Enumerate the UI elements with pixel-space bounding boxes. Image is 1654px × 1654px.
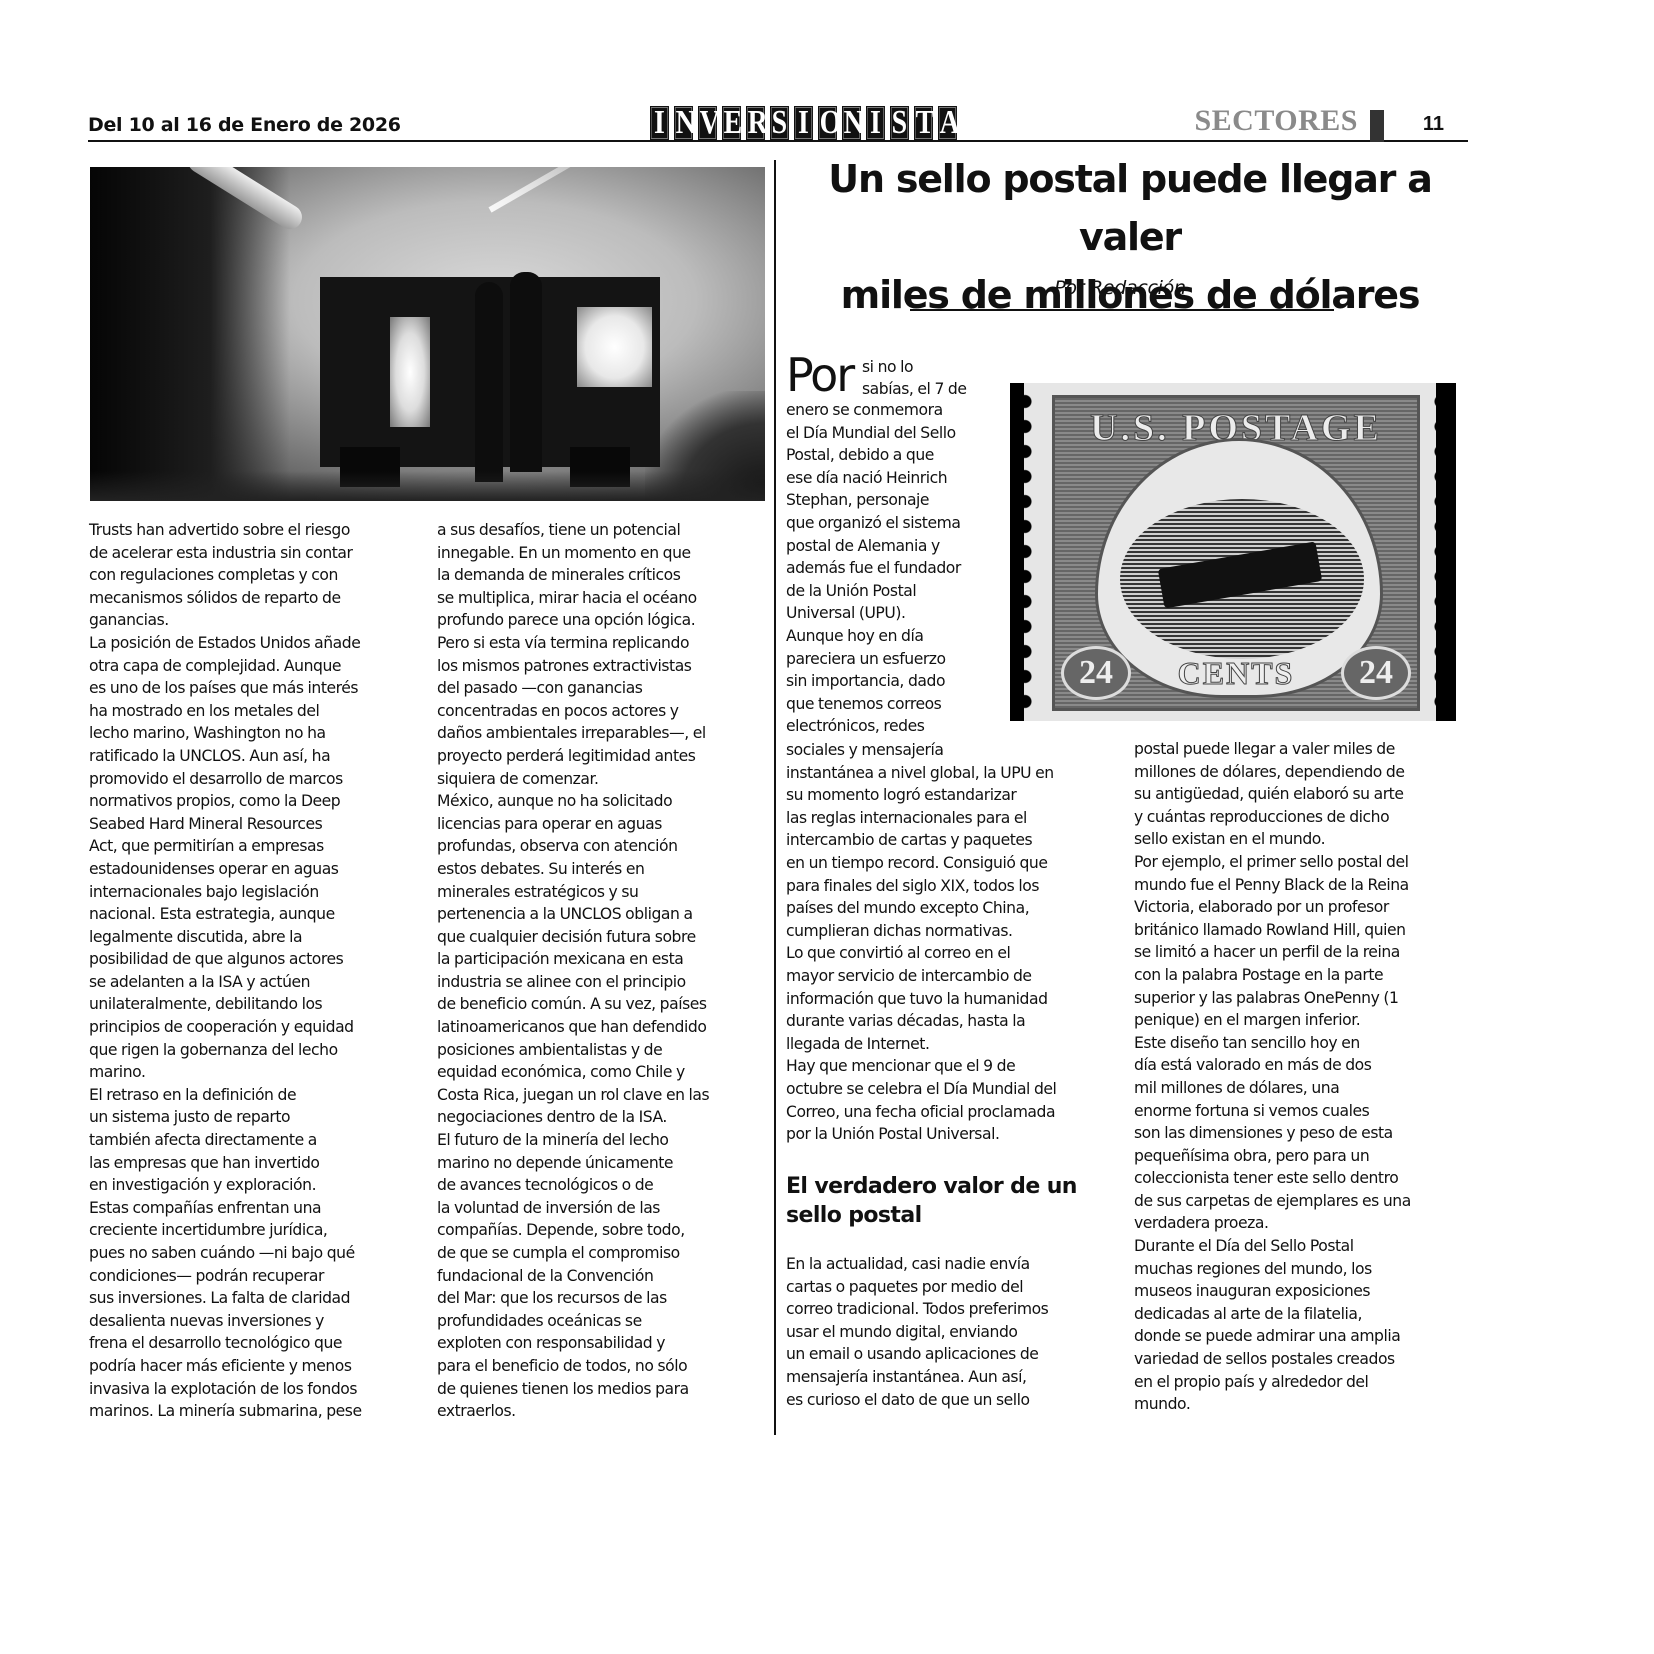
stamp-value-left: 24 bbox=[1061, 646, 1131, 700]
right-article-column-1-mid: sociales y mensajería instantánea a nive… bbox=[786, 739, 1116, 1146]
article-subheading: El verdadero valor de un sello postal bbox=[786, 1172, 1106, 1230]
stamp-frame: U.S. POSTAGE 24 CENTS 24 bbox=[1052, 395, 1420, 711]
masthead-letter: O bbox=[818, 106, 837, 140]
paragraph: El retraso en la definición de un sistem… bbox=[89, 1084, 414, 1423]
paragraph: México, aunque no ha solicitado licencia… bbox=[437, 790, 762, 1129]
masthead-letter: N bbox=[674, 106, 693, 140]
miner-silhouette bbox=[510, 272, 542, 472]
inverted-jenny-stamp-image: U.S. POSTAGE 24 CENTS 24 bbox=[1010, 383, 1456, 721]
vignette-sky bbox=[1120, 499, 1364, 659]
paragraph: Hay que mencionar que el 9 de octubre se… bbox=[786, 1055, 1116, 1145]
paragraph: si no lo sabías, el 7 de bbox=[862, 356, 992, 400]
issue-date: Del 10 al 16 de Enero de 2026 bbox=[88, 114, 401, 136]
paragraph: Lo que convirtió al correo en el mayor s… bbox=[786, 942, 1116, 1055]
paragraph: a sus desafíos, tiene un potencial inneg… bbox=[437, 519, 762, 790]
masthead-letter: S bbox=[770, 106, 789, 140]
section-label: SECTORES bbox=[1194, 104, 1358, 138]
stamp-value-right: 24 bbox=[1341, 646, 1411, 700]
perforation-right bbox=[1434, 389, 1448, 719]
left-article-column-2: a sus desafíos, tiene un potencial inneg… bbox=[437, 519, 762, 1423]
right-article-column-1-bottom: En la actualidad, casi nadie envía carta… bbox=[786, 1253, 1116, 1411]
paragraph: Durante el Día del Sello Postal muchas r… bbox=[1134, 1235, 1474, 1416]
paragraph: Este diseño tan sencillo hoy en día está… bbox=[1134, 1032, 1474, 1235]
tunnel-floor bbox=[90, 471, 765, 501]
drop-cap: Por bbox=[786, 352, 853, 398]
light-beam bbox=[489, 167, 639, 213]
column-divider bbox=[774, 160, 776, 1435]
paragraph: sociales y mensajería instantánea a nive… bbox=[786, 739, 1116, 942]
page-header: Del 10 al 16 de Enero de 2026 INVERSIONI… bbox=[88, 100, 1468, 142]
tunnel-wall-left bbox=[90, 167, 290, 501]
paragraph: En la actualidad, casi nadie envía carta… bbox=[786, 1253, 1116, 1411]
miner-silhouette bbox=[475, 282, 503, 482]
paragraph: La posición de Estados Unidos añade otra… bbox=[89, 632, 414, 1084]
right-article-column-1-top: enero se conmemora el Día Mundial del Se… bbox=[786, 399, 1001, 738]
cart-light bbox=[577, 307, 652, 387]
masthead-letter: V bbox=[698, 106, 717, 140]
masthead-logo: INVERSIONISTA bbox=[650, 106, 962, 140]
paragraph: enero se conmemora el Día Mundial del Se… bbox=[786, 399, 1001, 738]
masthead-letter: N bbox=[842, 106, 861, 140]
paragraph: Trusts han advertido sobre el riesgo de … bbox=[89, 519, 414, 632]
masthead-letter: E bbox=[722, 106, 741, 140]
title-line-1: Un sello postal puede llegar a valer bbox=[780, 150, 1480, 266]
stamp-cents-text: CENTS bbox=[1178, 655, 1295, 692]
inverted-biplane-icon bbox=[1158, 541, 1323, 608]
cart-light bbox=[390, 317, 430, 427]
byline: Por Redacción bbox=[910, 277, 1330, 299]
page-number: 11 bbox=[1423, 113, 1444, 136]
masthead-letter: S bbox=[890, 106, 909, 140]
stamp-denomination-row: 24 CENTS 24 bbox=[1055, 644, 1417, 702]
right-article-column-2: postal puede llegar a valer miles de mil… bbox=[1134, 738, 1474, 1416]
masthead-letter: T bbox=[914, 106, 933, 140]
mining-photo bbox=[90, 167, 765, 501]
masthead-letter: R bbox=[746, 106, 765, 140]
left-article-column-1: Trusts han advertido sobre el riesgo de … bbox=[89, 519, 414, 1423]
masthead-letter: I bbox=[866, 106, 885, 140]
masthead-letter: I bbox=[650, 106, 669, 140]
byline-rule bbox=[910, 309, 1334, 311]
masthead-letter: I bbox=[794, 106, 813, 140]
section-marker-bar bbox=[1370, 110, 1384, 142]
paragraph: Por ejemplo, el primer sello postal del … bbox=[1134, 851, 1474, 1032]
perforation-left bbox=[1018, 389, 1032, 719]
paragraph: postal puede llegar a valer miles de mil… bbox=[1134, 738, 1474, 851]
dropcap-tail-text: si no lo sabías, el 7 de bbox=[862, 356, 992, 400]
masthead-letter: A bbox=[938, 106, 957, 140]
paragraph: El futuro de la minería del lecho marino… bbox=[437, 1129, 762, 1423]
